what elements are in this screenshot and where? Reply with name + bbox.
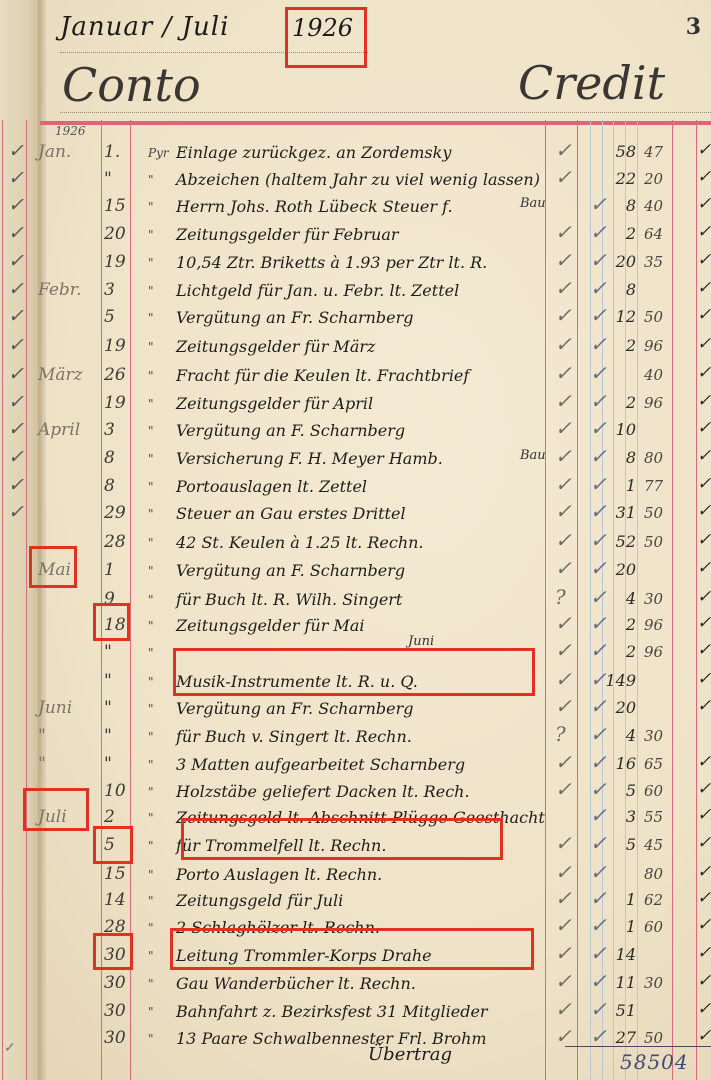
amount-pfennig: 30 — [644, 974, 663, 992]
right-check-icon: ✓ — [697, 752, 711, 772]
entry-day: 20 — [104, 224, 126, 244]
right-check-icon: ✓ — [697, 140, 711, 160]
verify-check-icon: ✓ — [555, 303, 572, 327]
column-total: 58504 — [620, 1050, 689, 1074]
right-check-icon: ✓ — [697, 167, 711, 187]
left-check-icon: ✓ — [8, 250, 24, 272]
entry-reference: " — [148, 811, 154, 825]
entry-day: 8 — [104, 448, 115, 468]
entry-day: 29 — [104, 503, 126, 523]
entry-description: Fracht für die Keulen lt. Frachtbrief — [176, 366, 469, 385]
left-check-icon: ✓ — [8, 474, 24, 496]
amount-pfennig: 96 — [644, 643, 663, 661]
carry-over-label: Übertrag — [368, 1044, 452, 1065]
amount-pfennig: 96 — [644, 394, 663, 412]
ledger-row: ✓19"10,54 Ztr. Briketts à 1.93 per Ztr l… — [0, 248, 711, 277]
right-check-icon: ✓ — [697, 391, 711, 411]
entry-reference: " — [148, 646, 154, 660]
entry-reference: " — [148, 564, 154, 578]
verify-check-icon: ✓ — [590, 361, 607, 385]
amount-marks: 2 — [584, 393, 636, 412]
entry-description: Vergütung an Fr. Scharnberg — [176, 699, 414, 718]
entry-month: " — [38, 726, 46, 746]
entry-description: 3 Matten aufgearbeitet Scharnberg — [176, 755, 465, 774]
amount-pfennig: 77 — [644, 477, 663, 495]
entry-reference: " — [148, 424, 154, 438]
amount-marks: 2 — [584, 224, 636, 243]
amount-marks: 11 — [584, 973, 636, 992]
ledger-row: Juni""Vergütung an Fr. Scharnberg✓✓20✓ — [0, 694, 711, 723]
right-check-icon: ✓ — [697, 501, 711, 521]
verify-check-icon: ✓ — [555, 138, 572, 162]
ledger-row: 30"Gau Wanderbücher lt. Rechn.✓✓1130✓ — [0, 969, 711, 998]
amount-pfennig: 96 — [644, 337, 663, 355]
right-check-icon: ✓ — [697, 222, 711, 242]
entry-description: Lichtgeld für Jan. u. Febr. lt. Zettel — [176, 281, 459, 300]
ledger-row: ✓19"Zeitungsgelder für März✓✓296✓ — [0, 332, 711, 361]
amount-marks: 2 — [584, 336, 636, 355]
amount-marks: 3 — [584, 807, 636, 826]
entry-month: Febr. — [38, 280, 81, 300]
left-check-icon: ✓ — [8, 334, 24, 356]
entry-reference: " — [148, 839, 154, 853]
entry-description: Zeitungsgelder für März — [176, 337, 375, 356]
ledger-row: Mai1"Vergütung an F. Scharnberg✓✓20✓ — [0, 556, 711, 585]
entry-day: 5 — [104, 307, 115, 327]
conto-heading: Conto — [62, 58, 201, 112]
amount-pfennig: 45 — [644, 836, 663, 854]
amount-marks: 22 — [584, 169, 636, 188]
entry-day: " — [104, 671, 112, 691]
entry-reference: " — [148, 593, 154, 607]
amount-pfennig: 55 — [644, 808, 663, 826]
entry-reference: " — [148, 173, 154, 187]
ledger-row: 15"Porto Auslagen lt. Rechn.✓✓80✓ — [0, 860, 711, 889]
amount-marks: 51 — [584, 1001, 636, 1020]
verify-check-icon: ✓ — [555, 969, 572, 993]
amount-marks: 10 — [584, 420, 636, 439]
entry-description: Portoauslagen lt. Zettel — [176, 477, 367, 496]
verify-check-icon: ✓ — [555, 472, 572, 496]
ledger-row: ✓5"Vergütung an Fr. Scharnberg✓✓1250✓ — [0, 303, 711, 332]
total-rule — [565, 1046, 711, 1047]
entry-day: 26 — [104, 365, 126, 385]
entry-reference: " — [148, 507, 154, 521]
verify-check-icon: ✓ — [555, 886, 572, 910]
entry-description: 10,54 Ztr. Briketts à 1.93 per Ztr lt. R… — [176, 253, 487, 272]
ledger-row: 30"Bahnfahrt z. Bezirksfest 31 Mitgliede… — [0, 997, 711, 1026]
ledger-row: 10"Holzstäbe geliefert Dacken lt. Rech.✓… — [0, 777, 711, 806]
entry-reference: " — [148, 1005, 154, 1019]
amount-pfennig: 96 — [644, 616, 663, 634]
amount-marks: 52 — [584, 532, 636, 551]
verify-check-icon: ✓ — [555, 361, 572, 385]
verify-check-icon: ✓ — [555, 444, 572, 468]
amount-pfennig: 20 — [644, 170, 663, 188]
right-check-icon: ✓ — [697, 613, 711, 633]
left-check-icon: ✓ — [8, 446, 24, 468]
highlight-entry-leitung-trommler — [170, 928, 534, 970]
ledger-row: ✓15"Herrn Johs. Roth Lübeck Steuer f.✓84… — [0, 192, 711, 221]
amount-marks: 27 — [584, 1028, 636, 1047]
entry-description: Abzeichen (haltem Jahr zu viel wenig las… — [176, 170, 540, 189]
amount-pfennig: 64 — [644, 225, 663, 243]
highlight-day-18 — [93, 603, 130, 641]
entry-day: 15 — [104, 864, 126, 884]
entry-reference: Pyr — [148, 146, 169, 160]
right-check-icon: ✓ — [697, 250, 711, 270]
right-check-icon: ✓ — [697, 278, 711, 298]
heading-underline — [60, 112, 711, 113]
entry-description: Gau Wanderbücher lt. Rechn. — [176, 974, 416, 993]
entry-description: für Buch v. Singert lt. Rechn. — [176, 727, 412, 746]
entry-day: 15 — [104, 196, 126, 216]
verify-check-icon: ✓ — [555, 556, 572, 580]
entry-description: Holzstäbe geliefert Dacken lt. Rech. — [176, 782, 470, 801]
right-check-icon: ✓ — [697, 558, 711, 578]
right-check-icon: ✓ — [697, 971, 711, 991]
entry-month: März — [38, 365, 83, 385]
entry-reference: " — [148, 311, 154, 325]
entry-day: 3 — [104, 420, 115, 440]
entry-description: Herrn Johs. Roth Lübeck Steuer f. — [176, 197, 453, 216]
verify-check-icon: ✓ — [590, 860, 607, 884]
verify-check-icon: ✓ — [555, 165, 572, 189]
entry-day: " — [104, 754, 112, 774]
highlight-day-5 — [93, 826, 133, 864]
entry-description: Zeitungsgelder für Februar — [176, 225, 399, 244]
entry-reference: " — [148, 619, 154, 633]
ledger-row: 30"13 Paare Schwalbennester Frl. Brohm✓✓… — [0, 1024, 711, 1053]
amount-marks: 8 — [584, 448, 636, 467]
amount-pfennig: 50 — [644, 308, 663, 326]
entry-day: 30 — [104, 1001, 126, 1021]
amount-marks: 149 — [584, 671, 636, 690]
right-check-icon: ✓ — [697, 805, 711, 825]
entry-description: 42 St. Keulen à 1.25 lt. Rechn. — [176, 533, 424, 552]
verify-check-icon: ✓ — [555, 941, 572, 965]
amount-marks: 2 — [584, 615, 636, 634]
period-months: Januar / Juli — [60, 12, 229, 42]
entry-day: 19 — [104, 336, 126, 356]
amount-pfennig: 35 — [644, 253, 663, 271]
entry-description: Versicherung F. H. Meyer Hamb. — [176, 449, 443, 468]
entry-day: 1. — [104, 142, 120, 162]
entry-month: April — [38, 420, 80, 440]
entry-margin-note: Bau — [520, 448, 546, 463]
right-check-icon: ✓ — [697, 1026, 711, 1046]
highlight-entry-trommelfell — [181, 818, 503, 860]
right-check-icon: ✓ — [697, 446, 711, 466]
verify-check-icon: ✓ — [555, 276, 572, 300]
ledger-row: 14"Zeitungsgeld für Juli✓✓162✓ — [0, 886, 711, 915]
entry-reference: " — [148, 921, 154, 935]
entry-reference: " — [148, 228, 154, 242]
entry-description: Vergütung an F. Scharnberg — [176, 561, 405, 580]
amount-marks: 8 — [584, 196, 636, 215]
entry-description: Vergütung an F. Scharnberg — [176, 421, 405, 440]
verify-check-icon: ✓ — [555, 248, 572, 272]
ledger-row: """für Buch v. Singert lt. Rechn.?✓430 — [0, 722, 711, 751]
left-check-icon: ✓ — [8, 167, 24, 189]
amount-pfennig: 47 — [644, 143, 663, 161]
entry-reference: " — [148, 536, 154, 550]
entry-day: 19 — [104, 393, 126, 413]
verify-check-icon: ✓ — [555, 694, 572, 718]
entry-month: Juni — [38, 698, 72, 718]
highlight-day-30 — [93, 933, 133, 970]
amount-marks: 20 — [584, 560, 636, 579]
entry-reference: " — [148, 785, 154, 799]
entry-description: Zeitungsgelder für April — [176, 394, 373, 413]
amount-marks: 58 — [584, 142, 636, 161]
amount-marks: 5 — [584, 781, 636, 800]
amount-pfennig: 80 — [644, 865, 663, 883]
amount-pfennig: 60 — [644, 782, 663, 800]
right-check-icon: ✓ — [697, 194, 711, 214]
amount-marks: 14 — [584, 945, 636, 964]
entry-day: 3 — [104, 280, 115, 300]
entry-day: 1 — [104, 560, 115, 580]
right-check-icon: ✓ — [697, 943, 711, 963]
right-check-icon: ✓ — [697, 530, 711, 550]
right-check-icon: ✓ — [697, 418, 711, 438]
right-check-icon: ✓ — [697, 696, 711, 716]
entry-reference: " — [148, 200, 154, 214]
entry-reference: " — [148, 977, 154, 991]
entry-margin-note: Bau — [520, 196, 546, 211]
entry-reference: " — [148, 1032, 154, 1046]
verify-check-icon: ✓ — [555, 997, 572, 1021]
amount-pfennig: 60 — [644, 918, 663, 936]
entry-day: 28 — [104, 532, 126, 552]
verify-check-icon: ✓ — [555, 750, 572, 774]
entry-reference: " — [148, 675, 154, 689]
amount-marks: 12 — [584, 307, 636, 326]
amount-pfennig: 62 — [644, 891, 663, 909]
right-check-icon: ✓ — [697, 587, 711, 607]
right-check-icon: ✓ — [697, 334, 711, 354]
verify-check-icon: ✓ — [555, 332, 572, 356]
left-check-icon: ✓ — [8, 222, 24, 244]
ledger-row: ✓Jan.1.PyrEinlage zurückgez. an Zordemsk… — [0, 138, 711, 167]
entry-reference: " — [148, 256, 154, 270]
entry-day: " — [104, 726, 112, 746]
right-check-icon: ✓ — [697, 669, 711, 689]
right-check-icon: ✓ — [697, 888, 711, 908]
verify-check-icon: ✓ — [555, 777, 572, 801]
verify-check-icon: ✓ — [555, 638, 572, 662]
entry-day: 30 — [104, 973, 126, 993]
ledger-row: """3 Matten aufgearbeitet Scharnberg✓✓16… — [0, 750, 711, 779]
right-check-icon: ✓ — [697, 305, 711, 325]
right-check-icon: ✓ — [697, 363, 711, 383]
verify-check-icon: ✓ — [555, 667, 572, 691]
amount-pfennig: 65 — [644, 755, 663, 773]
ledger-row: ✓20"Zeitungsgelder für Februar✓✓264✓ — [0, 220, 711, 249]
entry-day: 8 — [104, 476, 115, 496]
ledger-row: ✓""Abzeichen (haltem Jahr zu viel wenig … — [0, 165, 711, 194]
amount-pfennig: 50 — [644, 504, 663, 522]
entry-month: " — [38, 754, 46, 774]
entry-description: Porto Auslagen lt. Rechn. — [176, 865, 382, 884]
amount-marks: 5 — [584, 835, 636, 854]
highlight-year — [285, 7, 367, 68]
highlight-month-mai — [29, 546, 77, 588]
amount-pfennig: 50 — [644, 1029, 663, 1047]
verify-check-icon: ✓ — [555, 416, 572, 440]
ledger-row: ✓19"Zeitungsgelder für April✓✓296✓ — [0, 389, 711, 418]
ledger-row: ✓März26"Fracht für die Keulen lt. Fracht… — [0, 361, 711, 390]
amount-pfennig: 40 — [644, 197, 663, 215]
highlight-entry-musik-instrumente — [173, 648, 535, 696]
verify-check-icon: ? — [555, 722, 566, 746]
page-number: 3 — [686, 14, 701, 40]
right-check-icon: ✓ — [697, 640, 711, 660]
entry-description: Einlage zurückgez. an Zordemsky — [176, 143, 451, 162]
ledger-row: 28"42 St. Keulen à 1.25 lt. Rechn.✓✓5250… — [0, 528, 711, 557]
verify-check-icon: ✓ — [555, 220, 572, 244]
right-check-icon: ✓ — [697, 474, 711, 494]
entry-reference: " — [148, 369, 154, 383]
entry-day: 14 — [104, 890, 126, 910]
amount-pfennig: 80 — [644, 449, 663, 467]
entry-reference: " — [148, 340, 154, 354]
entry-reference: " — [148, 758, 154, 772]
amount-marks: 4 — [584, 726, 636, 745]
right-check-icon: ✓ — [697, 862, 711, 882]
entry-insertion-note: Juni — [408, 634, 434, 649]
verify-check-icon: ✓ — [555, 831, 572, 855]
amount-marks: 20 — [584, 252, 636, 271]
entry-description: für Buch lt. R. Wilh. Singert — [176, 590, 402, 609]
left-check-icon: ✓ — [8, 501, 24, 523]
amount-pfennig: 50 — [644, 533, 663, 551]
entry-reference: " — [148, 284, 154, 298]
ledger-row: ✓8"Portoauslagen lt. Zettel✓✓177✓ — [0, 472, 711, 501]
amount-pfennig: 40 — [644, 366, 663, 384]
left-check-icon: ✓ — [8, 363, 24, 385]
amount-marks: 16 — [584, 754, 636, 773]
amount-marks: 4 — [584, 589, 636, 608]
left-check-icon: ✓ — [8, 278, 24, 300]
left-check-icon: ✓ — [8, 140, 24, 162]
entry-month: Jan. — [38, 142, 71, 162]
margin-check-icon: ✓ — [4, 1040, 16, 1056]
entry-description: Zeitungsgeld für Juli — [176, 891, 343, 910]
verify-check-icon: ✓ — [555, 860, 572, 884]
entries-year-label: 1926 — [55, 124, 86, 138]
entry-reference: " — [148, 702, 154, 716]
right-check-icon: ✓ — [697, 915, 711, 935]
ledger-row: ✓April3"Vergütung an F. Scharnberg✓✓10✓ — [0, 416, 711, 445]
left-check-icon: ✓ — [8, 391, 24, 413]
entry-day: " — [104, 169, 112, 189]
entry-description: Bahnfahrt z. Bezirksfest 31 Mitglieder — [176, 1002, 488, 1021]
amount-marks: 1 — [584, 917, 636, 936]
entry-reference: " — [148, 452, 154, 466]
amount-pfennig: 30 — [644, 727, 663, 745]
entry-reference: " — [148, 949, 154, 963]
amount-marks: 1 — [584, 476, 636, 495]
ledger-row: ✓29"Steuer an Gau erstes Drittel✓✓3150✓ — [0, 499, 711, 528]
right-check-icon: ✓ — [697, 779, 711, 799]
entry-description: Steuer an Gau erstes Drittel — [176, 504, 406, 523]
right-check-icon: ✓ — [697, 833, 711, 853]
verify-check-icon: ✓ — [555, 528, 572, 552]
highlight-month-juli — [23, 788, 89, 831]
entry-description: Vergütung an Fr. Scharnberg — [176, 308, 414, 327]
entry-day: 10 — [104, 781, 126, 801]
entry-reference: " — [148, 894, 154, 908]
entry-reference: " — [148, 730, 154, 744]
left-check-icon: ✓ — [8, 194, 24, 216]
amount-marks: 31 — [584, 503, 636, 522]
entry-day: 2 — [104, 807, 115, 827]
verify-check-icon: ✓ — [555, 1024, 572, 1048]
left-check-icon: ✓ — [8, 418, 24, 440]
ledger-page: Januar / Juli 1926 3 Conto Credit 1926 ✓… — [0, 0, 711, 1080]
entry-reference: " — [148, 868, 154, 882]
entry-reference: " — [148, 397, 154, 411]
header-rule — [40, 121, 711, 125]
amount-pfennig: 30 — [644, 590, 663, 608]
amount-marks: 1 — [584, 890, 636, 909]
verify-check-icon: ✓ — [555, 913, 572, 937]
verify-check-icon: ✓ — [555, 499, 572, 523]
ledger-row: ✓8"Versicherung F. H. Meyer Hamb.✓✓880✓B… — [0, 444, 711, 473]
verify-check-icon: ? — [555, 585, 566, 609]
amount-marks: 8 — [584, 280, 636, 299]
right-check-icon: ✓ — [697, 999, 711, 1019]
entry-reference: " — [148, 480, 154, 494]
credit-heading: Credit — [518, 56, 665, 110]
amount-marks: 20 — [584, 698, 636, 717]
entry-day: " — [104, 642, 112, 662]
entry-description: Zeitungsgelder für Mai — [176, 616, 364, 635]
verify-check-icon: ✓ — [555, 389, 572, 413]
entry-day: 30 — [104, 1028, 126, 1048]
entry-day: " — [104, 698, 112, 718]
amount-marks: 2 — [584, 642, 636, 661]
verify-check-icon: ✓ — [555, 611, 572, 635]
ledger-row: ✓Febr.3"Lichtgeld für Jan. u. Febr. lt. … — [0, 276, 711, 305]
left-check-icon: ✓ — [8, 305, 24, 327]
entry-day: 19 — [104, 252, 126, 272]
